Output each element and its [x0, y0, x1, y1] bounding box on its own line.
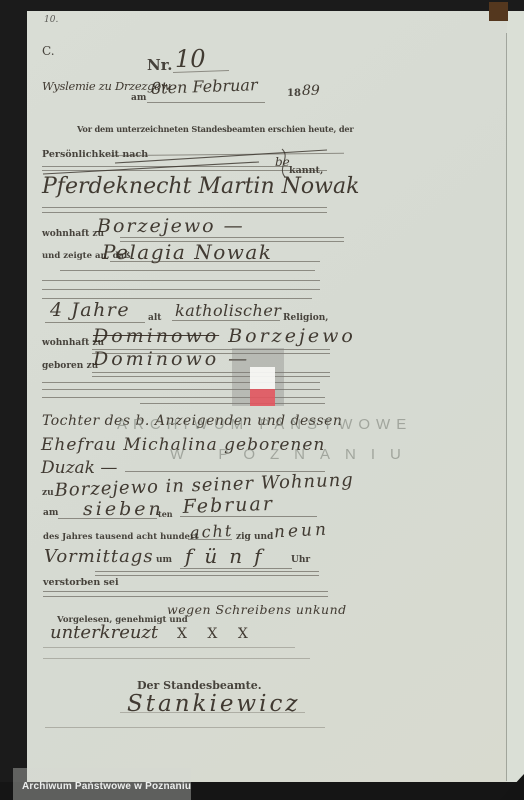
rule-line — [92, 372, 330, 373]
scanned-death-record: 10. C. Nr. 10 Wyslemie zu Drzezgow am 8t… — [0, 0, 524, 800]
nr-value: 10 — [175, 45, 206, 73]
form-letter: C. — [42, 44, 55, 58]
next-page-edge — [507, 11, 524, 782]
residence2-handwritten: Dominowo Borzejewo — [93, 325, 356, 347]
rule-line — [42, 280, 320, 281]
time-of-day-handwritten: Vormittags — [44, 546, 154, 567]
rule-line — [188, 539, 232, 540]
rule-line — [95, 575, 319, 576]
rule-line — [172, 320, 280, 321]
archive-watermark-line2: W POZNANIU — [170, 446, 416, 463]
rule-line — [147, 102, 265, 103]
flag-white-stripe — [250, 367, 275, 389]
wohnhaft-label: wohnhaft zu — [42, 229, 104, 239]
rule-line — [95, 571, 319, 572]
death-day-handwritten: sieben — [83, 498, 164, 520]
registrar-signature-handwritten: Stankiewicz — [127, 691, 300, 717]
rule-line — [180, 568, 292, 569]
religion-label: Religion, — [283, 313, 328, 323]
verstorben-label: verstorben sei — [43, 577, 119, 588]
rule-line — [180, 516, 317, 517]
page-edge-line — [506, 33, 507, 781]
hour-handwritten: fünf — [185, 544, 274, 568]
rule-line — [58, 518, 157, 519]
rule-line — [45, 322, 145, 323]
zu-label: zu — [42, 488, 54, 498]
year-line-label: des Jahres tausend acht hundert — [43, 532, 198, 542]
rule-line — [92, 376, 330, 377]
folio-number: 10. — [44, 15, 58, 25]
rule-line — [43, 647, 295, 648]
zig-und-label: zig und — [236, 532, 273, 542]
intro-line: Vor dem unterzeichneten Standesbeamten e… — [77, 124, 354, 134]
year-handwritten: 89 — [302, 83, 320, 99]
xxx-mark-handwritten: X X X — [177, 626, 256, 642]
date-handwritten: 8ten Februar — [151, 75, 258, 98]
rule-line — [45, 727, 325, 728]
nr-label: Nr. — [147, 56, 172, 74]
ten-label: ten — [158, 509, 173, 519]
rule-line — [43, 596, 328, 597]
document-paper: 10. C. Nr. 10 Wyslemie zu Drzezgow am 8t… — [27, 11, 524, 782]
rule-line — [110, 261, 320, 262]
flag-red-stripe — [250, 389, 275, 406]
parents-line3-handwritten: Duzak — — [41, 458, 117, 478]
year-ones-handwritten: neun — [274, 520, 330, 543]
rule-line — [42, 207, 327, 208]
residence-handwritten: Borzejewo — — [97, 215, 245, 237]
am2-label: am — [43, 508, 58, 518]
rule-line — [60, 270, 315, 271]
rule-line — [42, 289, 320, 290]
um-label: um — [156, 555, 172, 565]
uhr-label: Uhr — [291, 555, 310, 565]
be-handwritten: be — [275, 155, 290, 169]
rule-line — [42, 170, 327, 171]
struck-word: Dominowo — [93, 325, 219, 347]
birthplace-handwritten: Dominowo — — [93, 348, 250, 370]
binding-notch — [489, 2, 508, 21]
death-month-handwritten: Februar — [182, 493, 274, 518]
religion-handwritten: katholischer — [175, 301, 281, 320]
year-printed: 18 — [287, 88, 301, 99]
am-label: am — [131, 93, 146, 103]
rule-line — [43, 591, 328, 592]
rule-line — [42, 166, 292, 167]
archive-footer-label: Archiwum Państwowe w Poznaniu — [22, 781, 191, 792]
poland-flag-watermark-icon — [232, 348, 284, 406]
unterkreuzt-handwritten: unterkreuzt — [50, 622, 158, 643]
illiteracy-note-handwritten: wegen Schreibens unkund — [167, 602, 347, 617]
declarant-name-handwritten: Pferdeknecht Martin Nowak — [42, 174, 359, 199]
age-handwritten: 4 Jahre — [50, 299, 130, 321]
rule-line — [42, 212, 327, 213]
alt-label: alt — [148, 313, 161, 323]
rule-line — [120, 237, 344, 238]
rule-line — [120, 712, 305, 713]
rule-line — [43, 658, 310, 659]
archive-watermark-line1: ARCHIWUM PAŃSTWOWE — [117, 416, 412, 433]
geboren-label: geboren zu — [42, 361, 98, 371]
